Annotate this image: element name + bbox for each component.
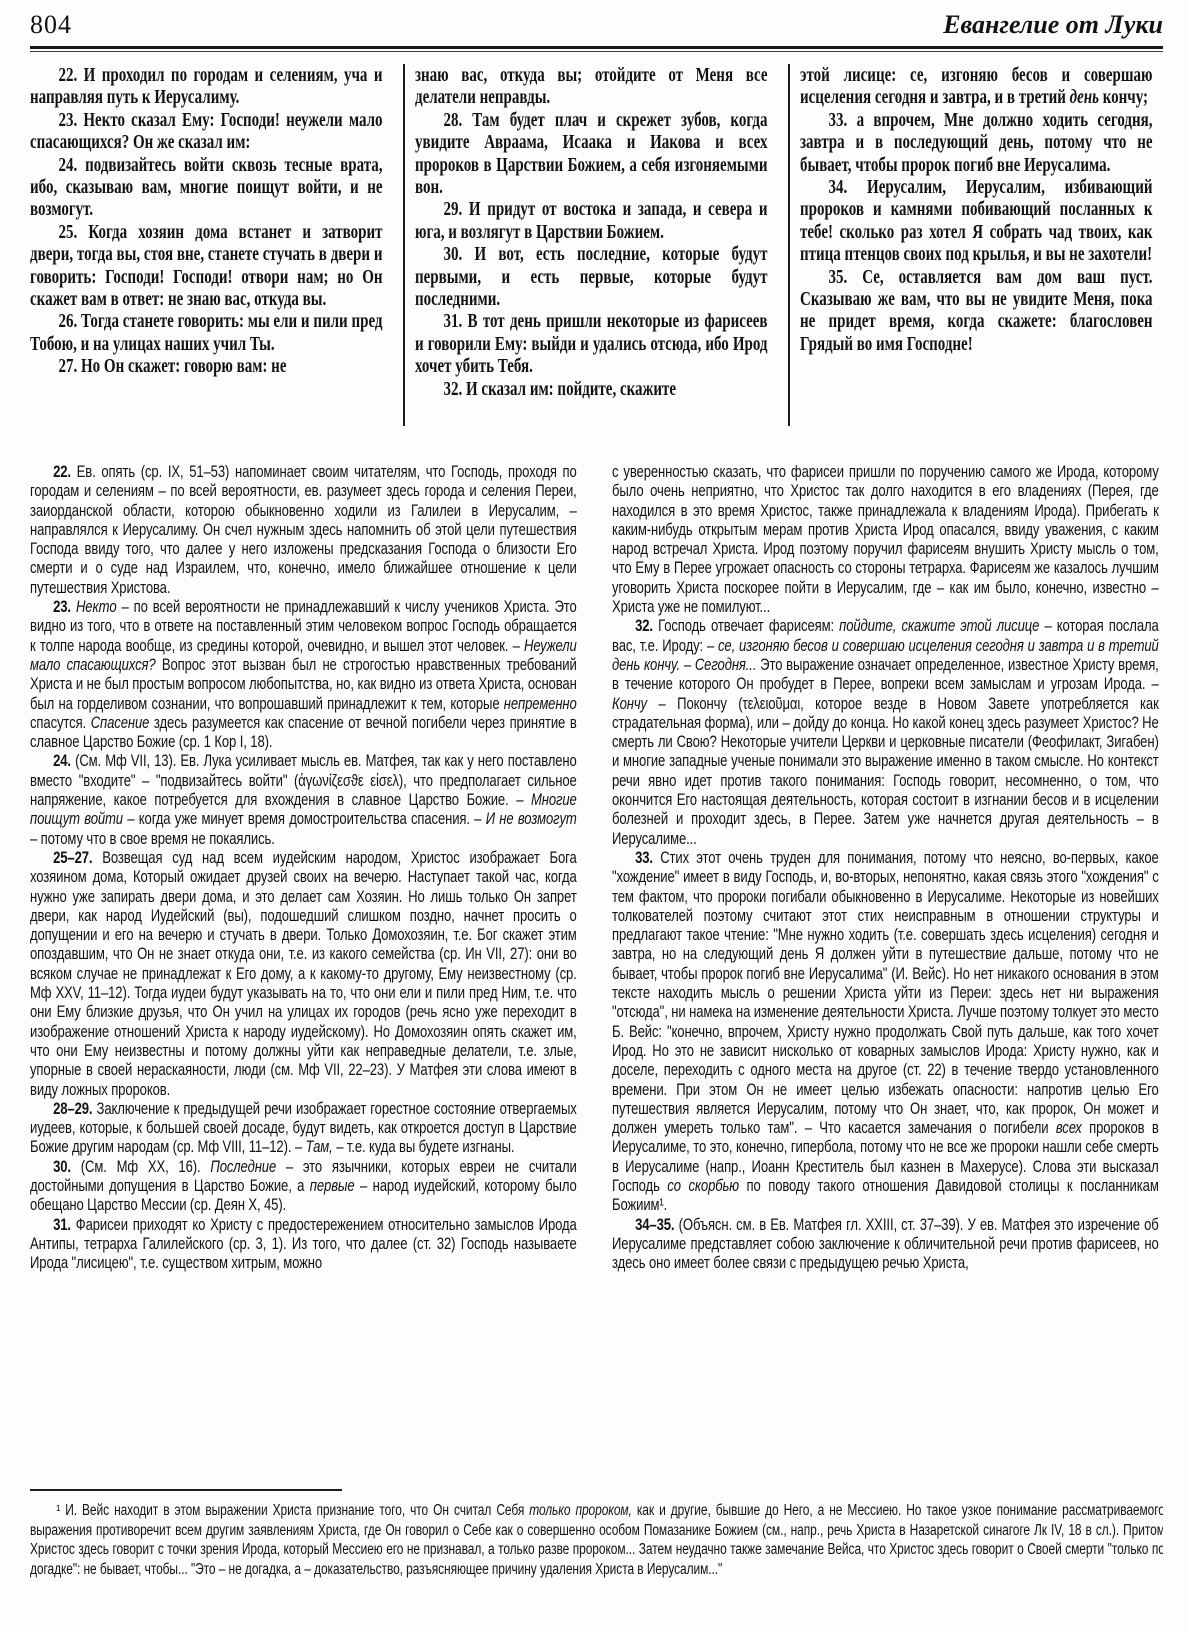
footnote: ¹ И. Вейс находит в этом выражении Христ… bbox=[30, 1501, 1163, 1579]
scripture-column-1: 22. И проходил по городам и селениям, уч… bbox=[30, 64, 403, 426]
verse-32-start: 32. И сказал им: пойдите, скажите bbox=[415, 378, 768, 400]
verse-34: 34. Иерусалим, Иерусалим, избивающий про… bbox=[800, 176, 1153, 266]
commentary-body: Заключение к предыдущей речи изображает … bbox=[30, 1099, 577, 1157]
scripture-column-2: знаю вас, откуда вы; отойдите от Меня вс… bbox=[403, 64, 788, 426]
commentary-paragraph-33: 33. Стих этот очень труден для понимания… bbox=[612, 848, 1159, 1215]
commentary-paragraph-25-27: 25–27. Возвещая суд над всем иудейским н… bbox=[30, 848, 577, 1099]
header-rule bbox=[30, 46, 1163, 52]
commentary-paragraph-34-35: 34–35. (Объясн. см. в Ев. Матфея гл. XXI… bbox=[612, 1215, 1159, 1273]
commentary-paragraph-28-29: 28–29. Заключение к предыдущей речи изоб… bbox=[30, 1099, 577, 1157]
footnote-rule bbox=[30, 1489, 342, 1491]
commentary-verse-number: 25–27. bbox=[53, 848, 92, 867]
scripture-column-1-text: 22. И проходил по городам и селениям, уч… bbox=[30, 64, 383, 378]
verse-27-continuation: знаю вас, откуда вы; отойдите от Меня вс… bbox=[415, 64, 768, 109]
commentary-paragraph-31: 31. Фарисеи приходят ко Христу с предост… bbox=[30, 1215, 577, 1273]
commentary-body: Стих этот очень труден для понимания, по… bbox=[612, 848, 1159, 1214]
scripture-column-3: этой лисице: се, изгоняю бесов и соверша… bbox=[788, 64, 1163, 426]
commentary-paragraph-23: 23. Некто – по всей вероятности не прина… bbox=[30, 597, 577, 751]
commentary-section: 22. Ев. опять (ср. IX, 51–53) напоминает… bbox=[30, 462, 1163, 1467]
verse-32-continuation: этой лисице: се, изгоняю бесов и соверша… bbox=[800, 64, 1153, 109]
commentary-column-right-text: с уверенностью сказать, что фарисеи приш… bbox=[612, 462, 1159, 1272]
commentary-body: Возвещая суд над всем иудейским народом,… bbox=[30, 848, 577, 1099]
running-title: Евангелие от Луки bbox=[943, 10, 1163, 40]
commentary-verse-number: 30. bbox=[53, 1157, 71, 1176]
commentary-body: с уверенностью сказать, что фарисеи приш… bbox=[612, 462, 1159, 616]
commentary-verse-number: 33. bbox=[635, 848, 653, 867]
verse-25: 25. Когда хозяин дома встанет и затворит… bbox=[30, 221, 383, 311]
verse-23: 23. Некто сказал Ему: Господи! неужели м… bbox=[30, 109, 383, 154]
commentary-verse-number: 28–29. bbox=[53, 1099, 92, 1118]
page-number: 804 bbox=[30, 10, 72, 40]
commentary-paragraph-30: 30. (См. Мф XX, 16). Последние – это язы… bbox=[30, 1157, 577, 1215]
verse-26: 26. Тогда станете говорить: мы ели и пил… bbox=[30, 310, 383, 355]
commentary-verse-number: 34–35. bbox=[635, 1215, 674, 1234]
commentary-verse-number: 22. bbox=[53, 462, 71, 481]
verse-28: 28. Там будет плач и скрежет зубов, когд… bbox=[415, 109, 768, 199]
commentary-verse-number: 23. bbox=[53, 597, 71, 616]
commentary-column-left: 22. Ев. опять (ср. IX, 51–53) напоминает… bbox=[30, 462, 582, 1467]
page-header: 804 Евангелие от Луки bbox=[30, 10, 1163, 44]
commentary-body: Некто – по всей вероятности не принадлеж… bbox=[30, 597, 577, 751]
commentary-verse-number: 24. bbox=[53, 751, 71, 770]
commentary-body: Фарисеи приходят ко Христу с предостереж… bbox=[30, 1215, 577, 1273]
scripture-column-2-text: знаю вас, откуда вы; отойдите от Меня вс… bbox=[415, 64, 768, 400]
commentary-body: (См. Мф XX, 16). Последние – это язычник… bbox=[30, 1157, 577, 1215]
verse-33: 33. а впрочем, Мне должно ходить сегодня… bbox=[800, 109, 1153, 176]
commentary-paragraph-32: 32. Господь отвечает фарисеям: пойдите, … bbox=[612, 616, 1159, 848]
verse-29: 29. И придут от востока и запада, и севе… bbox=[415, 198, 768, 243]
verse-31: 31. В тот день пришли некоторые из фарис… bbox=[415, 310, 768, 377]
commentary-body: Ев. опять (ср. IX, 51–53) напоминает сво… bbox=[30, 462, 577, 597]
commentary-body: Господь отвечает фарисеям: пойдите, скаж… bbox=[612, 616, 1159, 847]
commentary-paragraph-24: 24. (См. Мф VII, 13). Ев. Лука усиливает… bbox=[30, 751, 577, 847]
commentary-verse-number: 31. bbox=[53, 1215, 71, 1234]
commentary-body: (Объясн. см. в Ев. Матфея гл. XXIII, ст.… bbox=[612, 1215, 1159, 1273]
commentary-paragraph-22: 22. Ев. опять (ср. IX, 51–53) напоминает… bbox=[30, 462, 577, 597]
verse-27-start: 27. Но Он скажет: говорю вам: не bbox=[30, 355, 383, 377]
scripture-section: 22. И проходил по городам и селениям, уч… bbox=[30, 64, 1163, 426]
commentary-column-left-text: 22. Ев. опять (ср. IX, 51–53) напоминает… bbox=[30, 462, 577, 1272]
footnote-text: ¹ И. Вейс находит в этом выражении Христ… bbox=[30, 1501, 1163, 1579]
verse-30: 30. И вот, есть последние, которые будут… bbox=[415, 243, 768, 310]
commentary-verse-number: 32. bbox=[635, 616, 653, 635]
commentary-paragraph-31-continuation: с уверенностью сказать, что фарисеи приш… bbox=[612, 462, 1159, 616]
verse-35: 35. Се, оставляется вам дом ваш пуст. Ск… bbox=[800, 266, 1153, 356]
commentary-column-right: с уверенностью сказать, что фарисеи приш… bbox=[612, 462, 1164, 1467]
verse-24: 24. подвизайтесь войти сквозь тесные вра… bbox=[30, 154, 383, 221]
verse-22: 22. И проходил по городам и селениям, уч… bbox=[30, 64, 383, 109]
book-page: 804 Евангелие от Луки 22. И проходил по … bbox=[0, 0, 1189, 1632]
commentary-body: (См. Мф VII, 13). Ев. Лука усиливает мыс… bbox=[30, 751, 577, 847]
scripture-column-3-text: этой лисице: се, изгоняю бесов и соверша… bbox=[800, 64, 1153, 355]
